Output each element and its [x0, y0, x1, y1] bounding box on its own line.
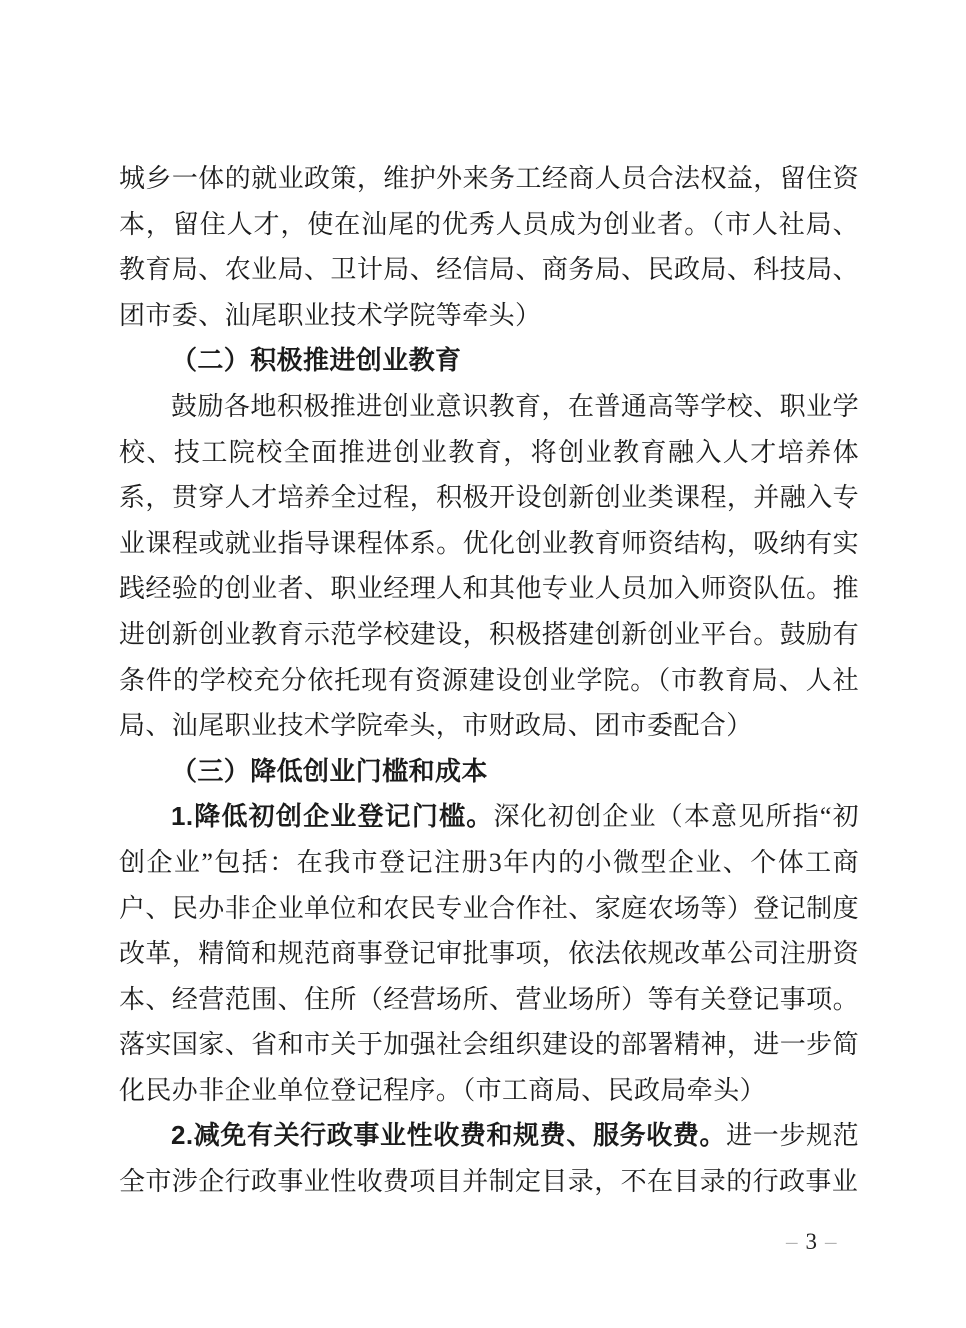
paragraph-item-2-fees: 2.减免有关行政事业性收费和规费、服务收费。进一步规范全市涉企行政事业性收费项目… [119, 1113, 859, 1204]
page-number: –3– [786, 1228, 837, 1256]
document-body: 城乡一体的就业政策，维护外来务工经商人员合法权益，留住资本，留住人才，使在汕尾的… [119, 156, 859, 1205]
page-number-value: 3 [806, 1229, 818, 1254]
item-2-lead: 2.减免有关行政事业性收费和规费、服务收费。 [171, 1120, 726, 1150]
item-1-lead: 1.降低初创企业登记门槛。 [171, 801, 493, 831]
paragraph-employment-policy-continuation: 城乡一体的就业政策，维护外来务工经商人员合法权益，留住资本，留住人才，使在汕尾的… [119, 156, 859, 338]
item-1-body: 深化初创企业（本意见所指“初创企业”包括：在我市登记注册3年内的小微型企业、个体… [119, 802, 859, 1105]
heading-section-3: （三）降低创业门槛和成本 [119, 749, 859, 795]
heading-section-2: （二）积极推进创业教育 [119, 338, 859, 384]
page-number-dash-left: – [786, 1229, 798, 1254]
document-page: 城乡一体的就业政策，维护外来务工经商人员合法权益，留住资本，留住人才，使在汕尾的… [0, 0, 966, 1328]
paragraph-entrepreneurship-education: 鼓励各地积极推进创业意识教育，在普通高等学校、职业学校、技工院校全面推进创业教育… [119, 384, 859, 749]
page-number-dash-right: – [825, 1229, 837, 1254]
paragraph-item-1-registration: 1.降低初创企业登记门槛。深化初创企业（本意见所指“初创企业”包括：在我市登记注… [119, 794, 859, 1113]
